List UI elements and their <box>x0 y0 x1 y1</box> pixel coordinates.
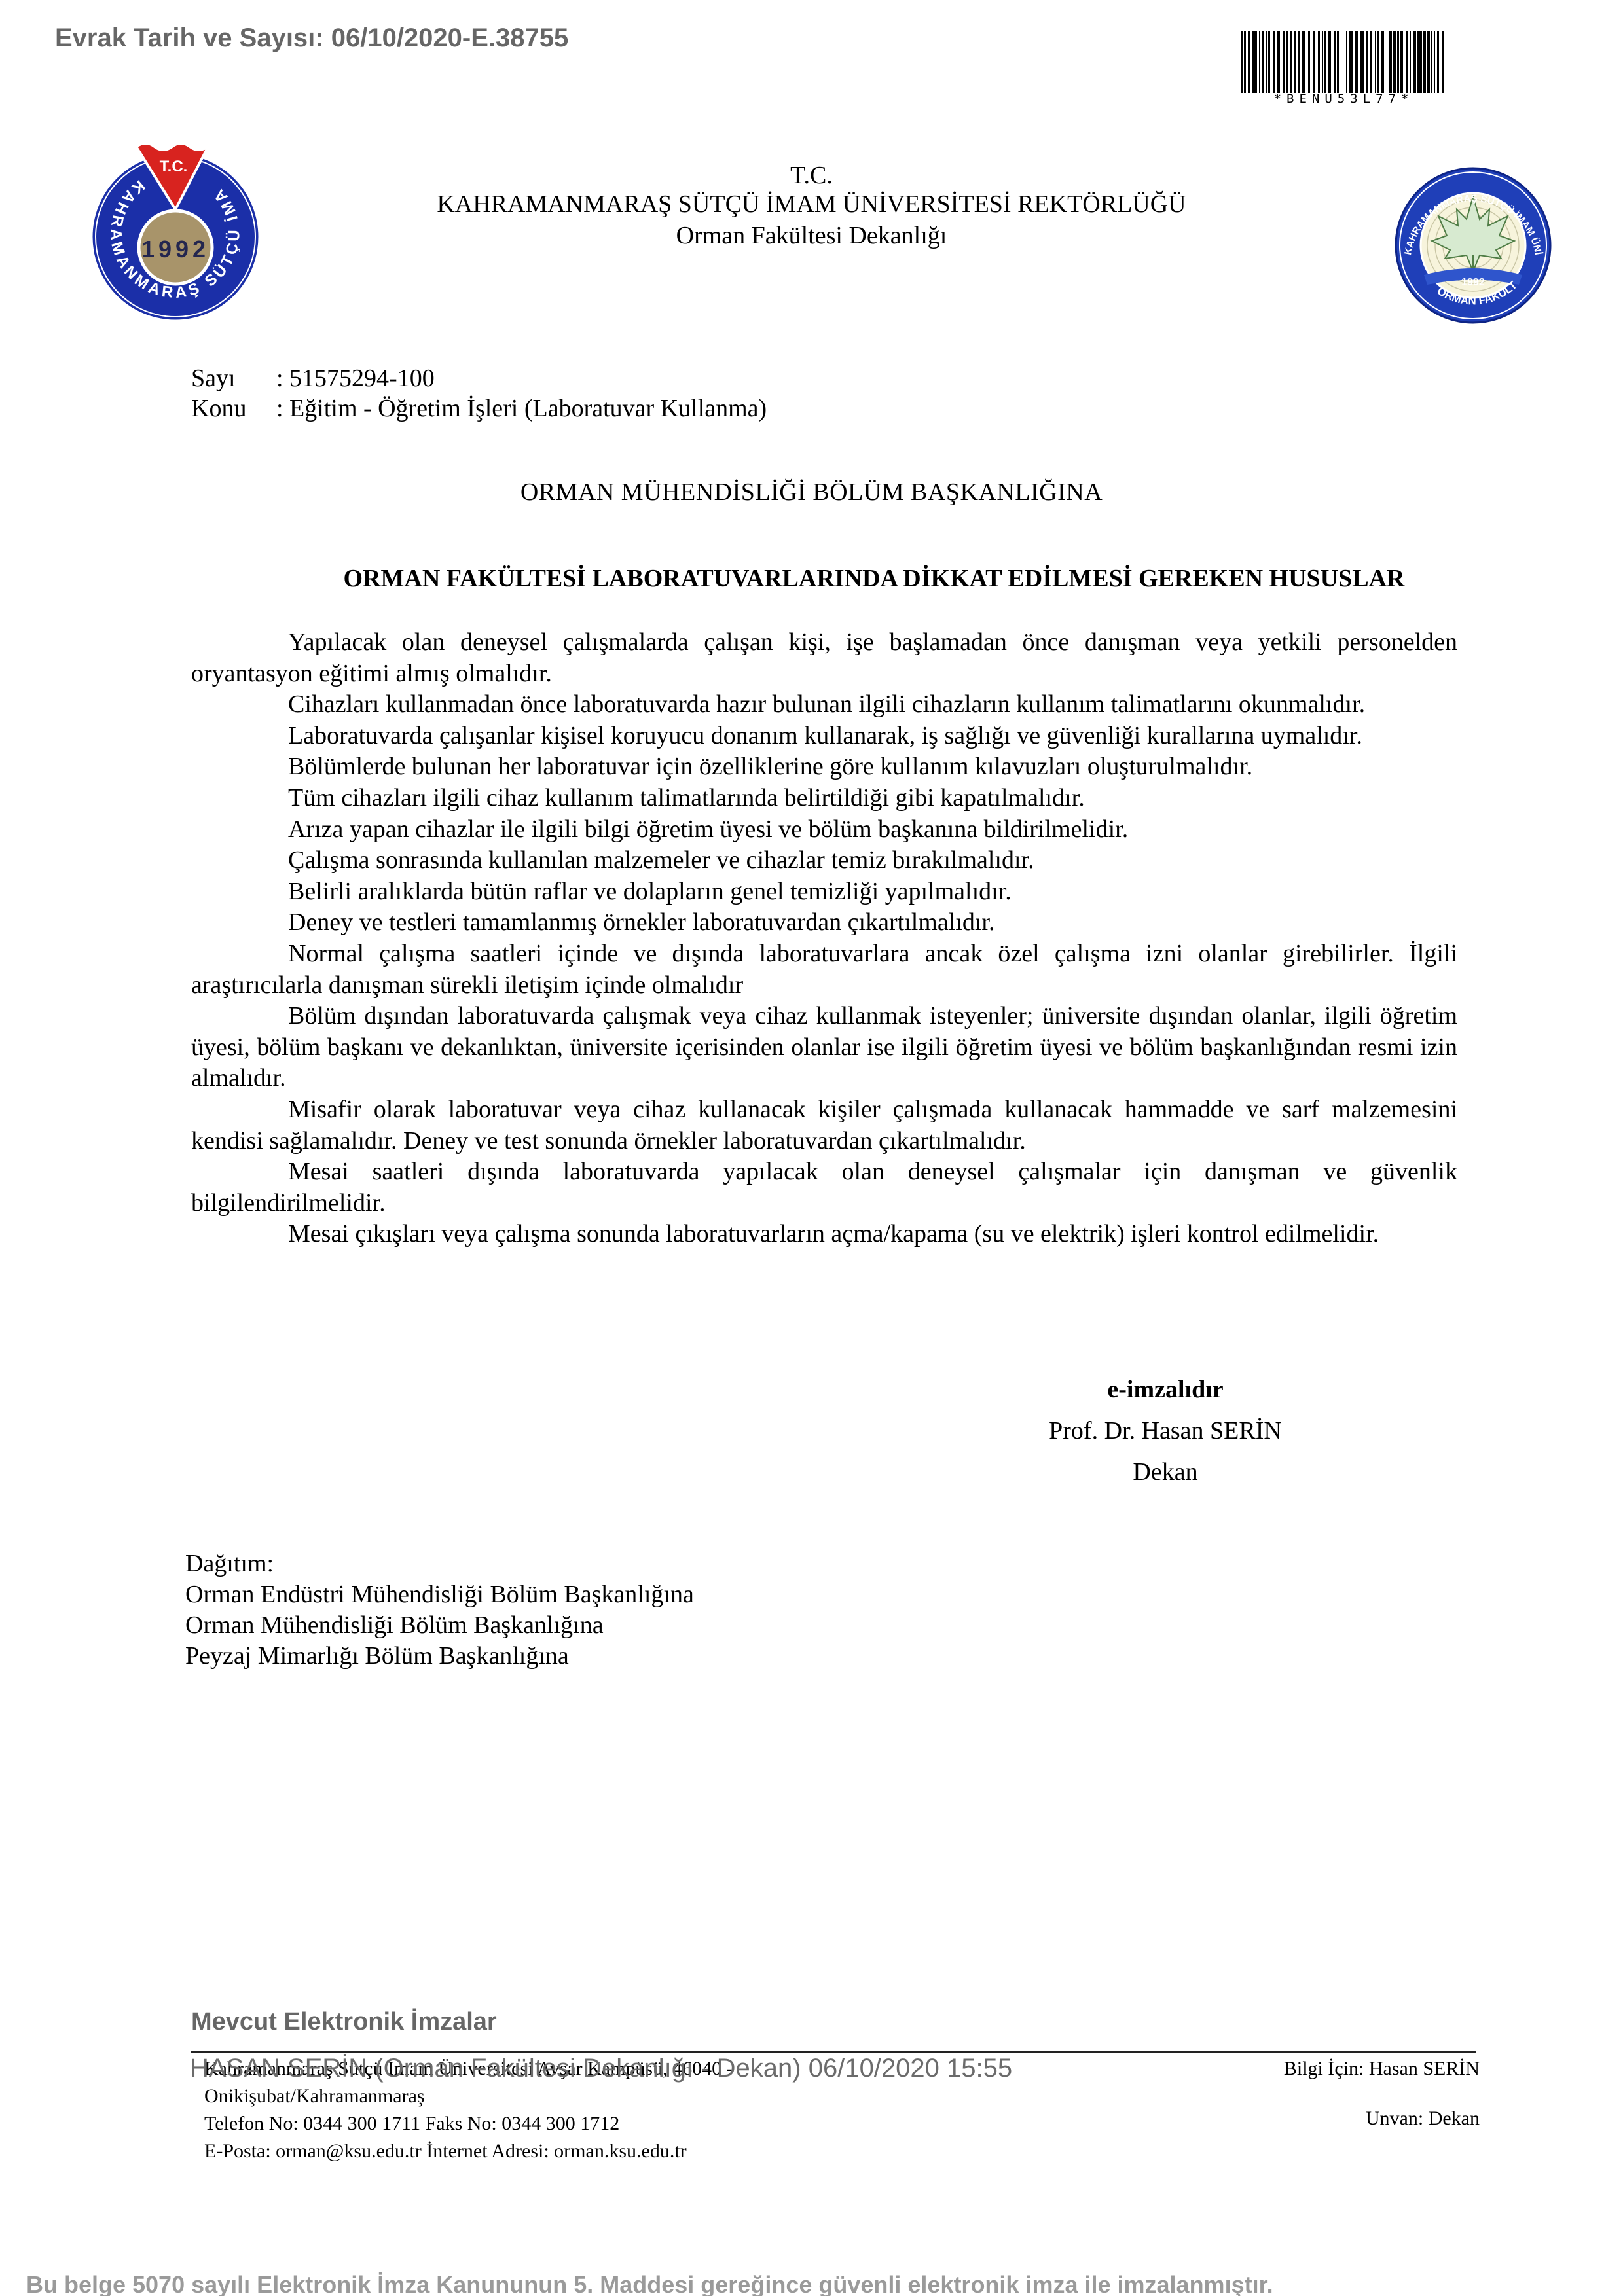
contact-info: Bilgi İçin: Hasan SERİN <box>1192 2055 1480 2083</box>
paragraph: Bölümlerde bulunan her laboratuvar için … <box>191 751 1457 783</box>
distribution-item: Orman Mühendisliği Bölüm Başkanlığına <box>185 1610 694 1641</box>
signature-block: e-imzalıdır Prof. Dr. Hasan SERİN Dekan <box>982 1369 1349 1493</box>
barcode-code: *BENU53L77* <box>1241 92 1447 106</box>
header-tc: T.C. <box>0 161 1623 190</box>
konu-row: Konu : Eğitim - Öğretim İşleri (Laboratu… <box>191 394 767 423</box>
header-university: KAHRAMANMARAŞ SÜTÇÜ İMAM ÜNİVERSİTESİ RE… <box>0 190 1623 219</box>
contact-title: Unvan: Dekan <box>1192 2105 1480 2132</box>
paragraph: Misafir olarak laboratuvar veya cihaz ku… <box>191 1094 1457 1157</box>
sayi-label: Sayı <box>191 364 276 393</box>
recipient: ORMAN MÜHENDİSLİĞİ BÖLÜM BAŞKANLIĞINA <box>0 478 1623 507</box>
paragraph: Yapılacak olan deneysel çalışmalarda çal… <box>191 627 1457 689</box>
paragraph: Mesai çıkışları veya çalışma sonunda lab… <box>191 1219 1457 1250</box>
paragraph: Arıza yapan cihazlar ile ilgili bilgi öğ… <box>191 814 1457 846</box>
e-signed-label: e-imzalıdır <box>982 1369 1349 1410</box>
paragraph: Tüm cihazları ilgili cihaz kullanım tali… <box>191 783 1457 814</box>
konu-label: Konu <box>191 394 276 423</box>
distribution-list: Dağıtım: Orman Endüstri Mühendisliği Böl… <box>185 1549 694 1672</box>
document-date-number: Evrak Tarih ve Sayısı: 06/10/2020-E.3875… <box>55 24 568 53</box>
legal-footer-note: Bu belge 5070 sayılı Elektronik İmza Kan… <box>26 2271 1273 2296</box>
document-body: Yapılacak olan deneysel çalışmalarda çal… <box>191 627 1457 1250</box>
paragraph: Laboratuvarda çalışanlar kişisel koruyuc… <box>191 721 1457 752</box>
document-title: ORMAN FAKÜLTESİ LABORATUVARLARINDA DİKKA… <box>288 564 1460 593</box>
distribution-item: Peyzaj Mimarlığı Bölüm Başkanlığına <box>185 1641 694 1672</box>
address-phone-fax: Telefon No: 0344 300 1711 Faks No: 0344 … <box>204 2110 733 2138</box>
signer-title: Dekan <box>982 1452 1349 1493</box>
paragraph: Belirli aralıklarda bütün raflar ve dola… <box>191 876 1457 908</box>
address-email-web: E-Posta: orman@ksu.edu.tr İnternet Adres… <box>204 2138 733 2165</box>
address-city: Onikişubat/Kahramanmaraş <box>204 2083 733 2110</box>
signer-name: Prof. Dr. Hasan SERİN <box>982 1410 1349 1452</box>
electronic-signatures-heading: Mevcut Elektronik İmzalar <box>191 2008 497 2036</box>
contact-block: Bilgi İçin: Hasan SERİN Unvan: Dekan <box>1192 2055 1480 2132</box>
paragraph: Mesai saatleri dışında laboratuvarda yap… <box>191 1157 1457 1219</box>
footer-divider <box>191 2051 1476 2053</box>
distribution-label: Dağıtım: <box>185 1549 694 1579</box>
paragraph: Bölüm dışından laboratuvarda çalışmak ve… <box>191 1001 1457 1094</box>
paragraph: Cihazları kullanmadan önce laboratuvarda… <box>191 689 1457 721</box>
header-faculty: Orman Fakültesi Dekanlığı <box>0 221 1623 250</box>
sayi-value: : 51575294-100 <box>276 364 435 393</box>
paragraph: Normal çalışma saatleri içinde ve dışınd… <box>191 939 1457 1001</box>
distribution-item: Orman Endüstri Mühendisliği Bölüm Başkan… <box>185 1579 694 1610</box>
electronic-signature-entry: HASAN SERİN (Orman Fakültesi Dekanlığı -… <box>190 2054 1012 2083</box>
barcode <box>1241 31 1447 93</box>
sayi-row: Sayı : 51575294-100 <box>191 364 435 393</box>
paragraph: Deney ve testleri tamamlanmış örnekler l… <box>191 907 1457 939</box>
paragraph: Çalışma sonrasında kullanılan malzemeler… <box>191 845 1457 876</box>
faculty-logo-year: 1992 <box>1461 277 1485 288</box>
konu-value: : Eğitim - Öğretim İşleri (Laboratuvar K… <box>276 394 767 423</box>
